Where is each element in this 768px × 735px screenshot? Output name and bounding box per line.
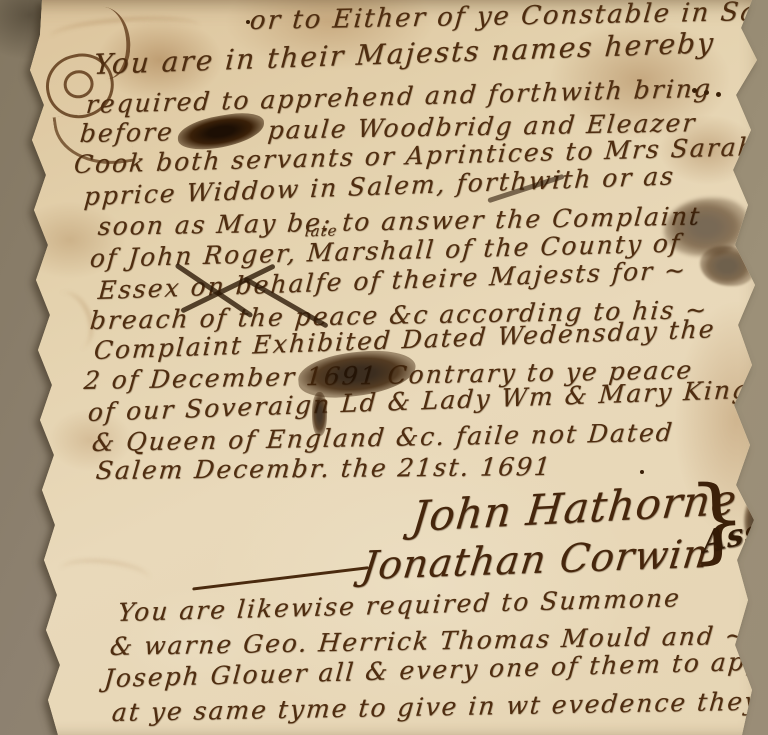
signature-john-hathorne: John Hathorne [409, 475, 739, 541]
line-segment: Marshall of the County of [306, 228, 682, 267]
manuscript-line: & warne Geo. Herrick Thomas Mould and ~ [109, 621, 749, 661]
ink-speck [246, 20, 250, 24]
calligraphic-flourish-tail [53, 107, 135, 172]
manuscript-line: required to apprehend and forthwith brin… [85, 74, 713, 119]
ink-blot [744, 496, 768, 548]
manuscript-line: 2 of December 1691 Contrary to ye peace [83, 355, 695, 395]
manuscript-line: of our Soveraign Ld & Lady Wm & Mary Kin… [87, 375, 751, 427]
ink-speck [716, 92, 721, 97]
ink-speck [692, 88, 697, 93]
ink-smudge [664, 198, 748, 256]
manuscript-line: & Queen of England &c. faile not Dated [91, 418, 675, 457]
manuscript-paper: or to Either of ye Constable in Salem Yo… [0, 0, 768, 735]
ink-stroke-mark [174, 263, 253, 319]
ink-stroke-mark [487, 174, 565, 203]
manuscript-line: You are likewise required to Summone [117, 583, 682, 627]
signature-role-label: Assts [702, 506, 768, 561]
manuscript-line: pprice Widdow in Salem, forthwith or as [83, 161, 676, 211]
ink-drip [312, 392, 327, 436]
ink-stroke-mark [180, 263, 276, 313]
manuscript-line: beforepaule Woodbridg and Eleazer [79, 107, 698, 150]
interlined-word: late [304, 221, 338, 240]
manuscript-text-layer: or to Either of ye Constable in Salem Yo… [0, 0, 768, 735]
calligraphic-flourish [40, 48, 120, 125]
manuscript-line: of John Roger,late Marshall of the Count… [89, 228, 683, 273]
line-segment: paule Woodbridg and Eleazer [267, 108, 698, 145]
ink-smudge [700, 246, 754, 286]
show-through-ghost-mark [49, 13, 201, 50]
ink-blot [177, 109, 265, 154]
manuscript-line: or to Either of ye Constable in Salem [249, 0, 768, 36]
signature-brace: } [686, 473, 748, 567]
manuscript-line: Complaint Exhibited Dated Wedensday the [93, 314, 717, 365]
manuscript-line: soon as May be: to answer the Complaint [97, 201, 703, 241]
line-segment: before [79, 117, 175, 148]
ink-speck [704, 90, 709, 95]
ink-speck [640, 470, 644, 474]
manuscript-line: Salem Decembr. the 21st. 1691 [95, 452, 554, 485]
photo-mat-background: or to Either of ye Constable in Salem Yo… [0, 0, 768, 735]
ink-stroke-mark [243, 276, 329, 328]
manuscript-line: breach of the peace &c according to his … [89, 295, 710, 335]
show-through-ghost-mark [59, 555, 152, 593]
signature-jonathan-corwin: Jonathan Corwin [359, 532, 711, 589]
manuscript-line: Essex on behalfe of theire Majests for ~ [97, 255, 688, 305]
line-segment: of John Roger, [89, 239, 299, 273]
show-through-ghost-mark [40, 286, 101, 357]
interlined-word-wrap: late [296, 239, 298, 268]
manuscript-line: Cook both servants or Aprintices to Mrs … [73, 132, 757, 179]
manuscript-line: Joseph Glouer all & every one of them to… [103, 645, 768, 693]
manuscript-line: at ye same tyme to give in wt evedence t… [111, 685, 768, 727]
ink-blot [296, 347, 417, 401]
paper-shadow-wrap: or to Either of ye Constable in Salem Yo… [0, 0, 768, 735]
manuscript-line: You are in their Majests names hereby [93, 26, 716, 81]
